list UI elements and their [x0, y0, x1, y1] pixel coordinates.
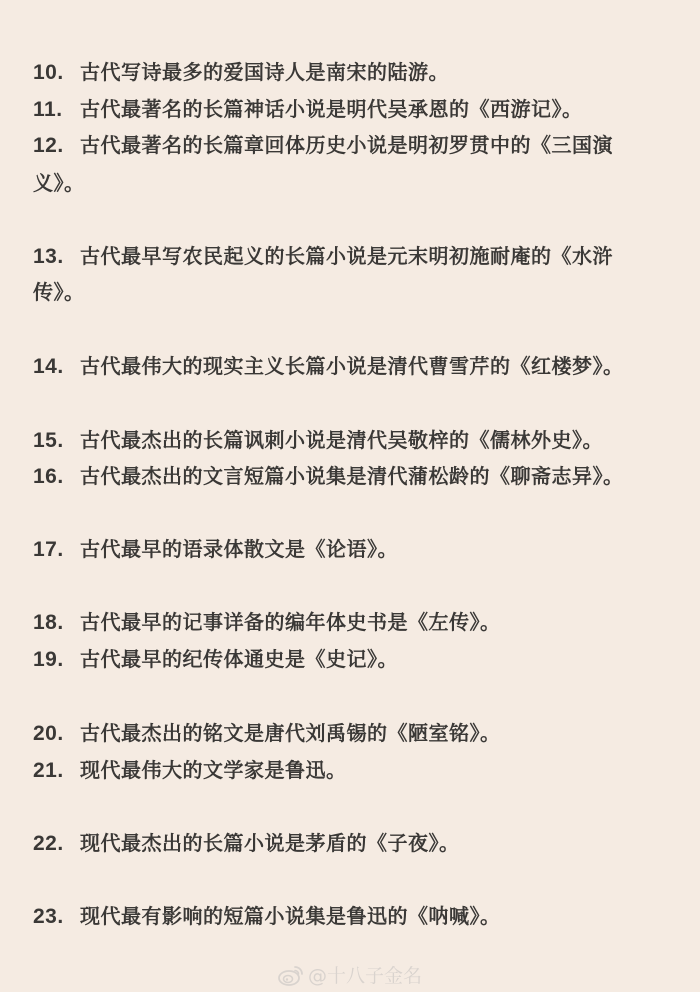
- list-item-22: 22.现代最杰出的长篇小说是茅盾的《子夜》。: [33, 830, 460, 857]
- list-item-17: 17.古代最早的语录体散文是《论语》。: [33, 536, 398, 563]
- list-item-13-continued: 传》。: [33, 279, 85, 305]
- list-item-20: 20.古代最杰出的铭文是唐代刘禹锡的《陋室铭》。: [33, 720, 501, 747]
- item-text: 现代最伟大的文学家是鲁迅。: [80, 758, 347, 782]
- list-item-16: 16.古代最杰出的文言短篇小说集是清代蒲松龄的《聊斋志异》。: [33, 463, 624, 490]
- item-text: 古代最伟大的现实主义长篇小说是清代曹雪芹的《红楼梦》。: [80, 354, 624, 378]
- item-number: 16.: [33, 464, 80, 490]
- list-item-21: 21.现代最伟大的文学家是鲁迅。: [33, 757, 347, 784]
- item-number: 17.: [33, 537, 80, 563]
- item-text: 古代最杰出的长篇讽刺小说是清代吴敬梓的《儒林外史》。: [80, 428, 603, 452]
- item-text: 古代最著名的长篇章回体历史小说是明初罗贯中的《三国演: [80, 133, 613, 157]
- item-text: 古代最杰出的文言短篇小说集是清代蒲松龄的《聊斋志异》。: [80, 464, 624, 488]
- weibo-icon: [278, 964, 304, 986]
- item-number: 18.: [33, 610, 80, 636]
- item-number: 21.: [33, 758, 80, 784]
- list-item-23: 23.现代最有影响的短篇小说集是鲁迅的《呐喊》。: [33, 903, 501, 930]
- item-number: 22.: [33, 831, 80, 857]
- item-number: 19.: [33, 647, 80, 673]
- item-text: 古代最早的纪传体通史是《史记》。: [80, 647, 398, 671]
- list-item-11: 11.古代最著名的长篇神话小说是明代吴承恩的《西游记》。: [33, 96, 583, 123]
- item-text: 古代最著名的长篇神话小说是明代吴承恩的《西游记》。: [80, 97, 583, 121]
- item-number: 11.: [33, 97, 80, 123]
- watermark-text: @十八子金名: [308, 961, 422, 988]
- item-number: 23.: [33, 904, 80, 930]
- item-number: 10.: [33, 60, 80, 86]
- list-item-13: 13.古代最早写农民起义的长篇小说是元末明初施耐庵的《水浒: [33, 243, 613, 270]
- item-text: 古代最早的语录体散文是《论语》。: [80, 537, 398, 561]
- list-item-14: 14.古代最伟大的现实主义长篇小说是清代曹雪芹的《红楼梦》。: [33, 353, 624, 380]
- item-text: 古代最早的记事详备的编年体史书是《左传》。: [80, 610, 501, 634]
- watermark: @十八子金名: [278, 961, 422, 988]
- item-number: 13.: [33, 244, 80, 270]
- item-text-continued: 义》。: [33, 171, 85, 195]
- list-item-12-continued: 义》。: [33, 170, 85, 196]
- item-text: 现代最杰出的长篇小说是茅盾的《子夜》。: [80, 831, 460, 855]
- item-number: 20.: [33, 721, 80, 747]
- item-text: 古代写诗最多的爱国诗人是南宋的陆游。: [80, 60, 449, 84]
- item-number: 14.: [33, 354, 80, 380]
- item-text: 古代最杰出的铭文是唐代刘禹锡的《陋室铭》。: [80, 721, 501, 745]
- item-text: 现代最有影响的短篇小说集是鲁迅的《呐喊》。: [80, 904, 501, 928]
- list-item-18: 18.古代最早的记事详备的编年体史书是《左传》。: [33, 609, 501, 636]
- list-item-15: 15.古代最杰出的长篇讽刺小说是清代吴敬梓的《儒林外史》。: [33, 427, 603, 454]
- item-number: 12.: [33, 133, 80, 159]
- item-text-continued: 传》。: [33, 280, 85, 304]
- item-text: 古代最早写农民起义的长篇小说是元末明初施耐庵的《水浒: [80, 244, 613, 268]
- list-item-19: 19.古代最早的纪传体通史是《史记》。: [33, 646, 398, 673]
- list-item-10: 10.古代写诗最多的爱国诗人是南宋的陆游。: [33, 59, 449, 86]
- list-item-12: 12.古代最著名的长篇章回体历史小说是明初罗贯中的《三国演: [33, 132, 613, 159]
- item-number: 15.: [33, 428, 80, 454]
